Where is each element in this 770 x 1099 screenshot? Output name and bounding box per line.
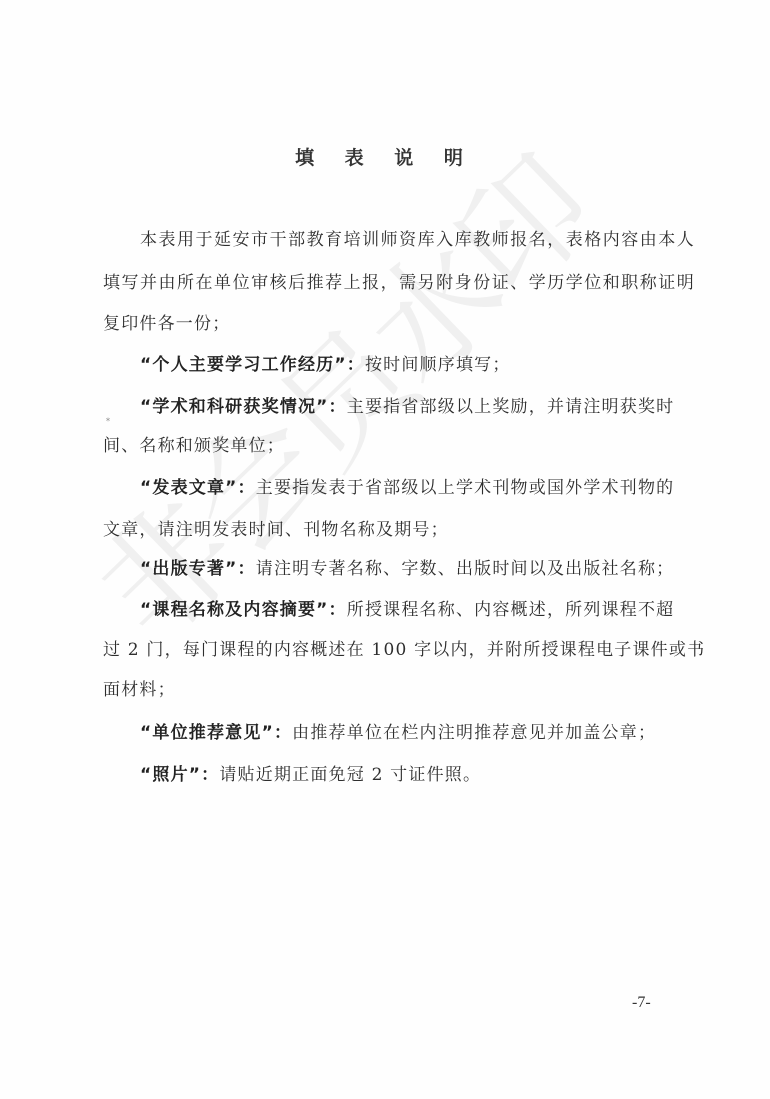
item-photo: “照片”：请贴近期正面免冠 2 寸证件照。 xyxy=(140,764,695,786)
item-awards-cont: 间、名称和颁奖单位； xyxy=(103,435,695,457)
item-label: “单位推荐意见”： xyxy=(140,723,292,743)
item-text: 主要指发表于省部级以上学术刊物或国外学术刊物的 xyxy=(256,478,675,498)
intro-line-1: 本表用于延安市干部教育培训师资库入库教师报名，表格内容由本人 xyxy=(140,229,695,251)
intro-line-3: 复印件各一份； xyxy=(103,313,695,335)
item-text: 按时间顺序填写； xyxy=(365,355,511,375)
item-awards: “学术和科研获奖情况”：主要指省部级以上奖励，并请注明获奖时 xyxy=(140,396,695,418)
stray-mark: * xyxy=(106,417,110,426)
item-label: “课程名称及内容摘要”： xyxy=(140,600,347,620)
intro-line-2: 填写并由所在单位审核后推荐上报，需另附身份证、学历学位和职称证明 xyxy=(103,272,695,294)
item-text: 请注明专著名称、字数、出版时间以及出版社名称； xyxy=(256,559,675,579)
item-books: “出版专著”：请注明专著名称、字数、出版时间以及出版社名称； xyxy=(140,558,695,580)
item-label: “学术和科研获奖情况”： xyxy=(140,397,347,417)
item-text: 请贴近期正面免冠 2 寸证件照。 xyxy=(219,765,481,785)
item-label: “发表文章”： xyxy=(140,478,256,498)
item-articles: “发表文章”：主要指发表于省部级以上学术刊物或国外学术刊物的 xyxy=(140,477,695,499)
item-courses-cont-2: 面材料； xyxy=(103,679,695,701)
document-page: 非会员水印 填 表 说 明 本表用于延安市干部教育培训师资库入库教师报名，表格内… xyxy=(0,0,770,1099)
item-text: 主要指省部级以上奖励，并请注明获奖时 xyxy=(347,397,675,417)
page-number: -7- xyxy=(632,994,651,1012)
item-label: “照片”： xyxy=(140,765,219,785)
item-text: 由推荐单位在栏内注明推荐意见并加盖公章； xyxy=(292,723,656,743)
page-title: 填 表 说 明 xyxy=(0,143,770,170)
item-text: 所授课程名称、内容概述，所列课程不超 xyxy=(347,600,675,620)
item-recommendation: “单位推荐意见”：由推荐单位在栏内注明推荐意见并加盖公章； xyxy=(140,722,695,744)
item-courses-cont-1: 过 2 门，每门课程的内容概述在 100 字以内，并附所授课程电子课件或书 xyxy=(103,639,695,661)
item-label: “个人主要学习工作经历”： xyxy=(140,355,365,375)
watermark-text: 非会员水印 xyxy=(51,110,625,673)
item-work-history: “个人主要学习工作经历”：按时间顺序填写； xyxy=(140,354,695,376)
item-courses: “课程名称及内容摘要”：所授课程名称、内容概述，所列课程不超 xyxy=(140,599,695,621)
item-label: “出版专著”： xyxy=(140,559,256,579)
item-articles-cont: 文章，请注明发表时间、刊物名称及期号； xyxy=(103,519,695,541)
